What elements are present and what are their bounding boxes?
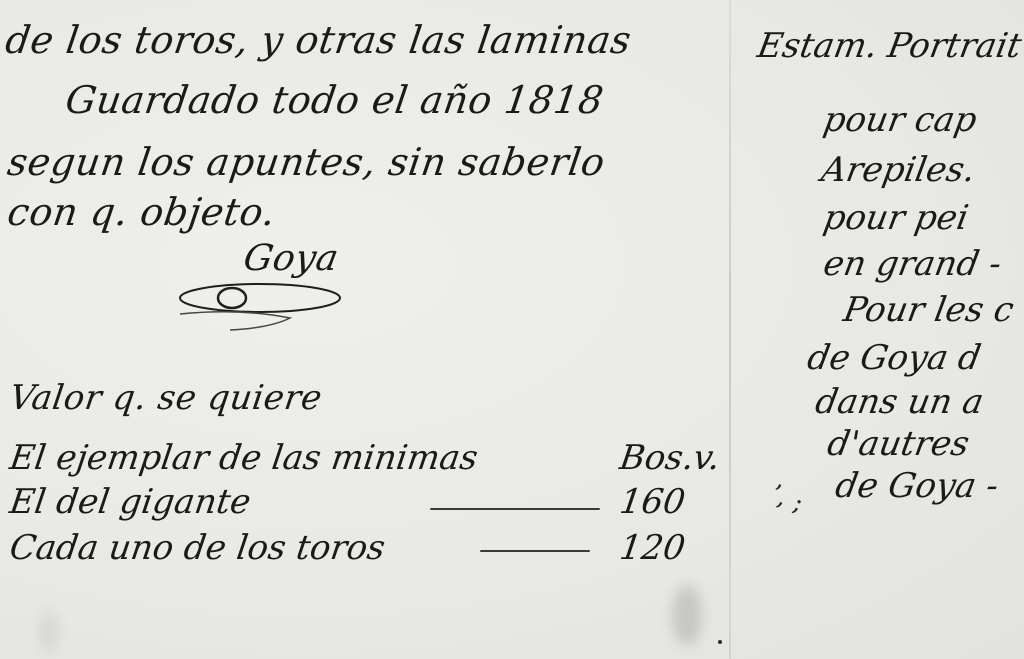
currency-label: Bos.v. [617, 438, 722, 478]
french-line: d'autres [824, 424, 972, 464]
french-line: de Goya d [804, 338, 983, 378]
right-page: Estam. Portrait pour cap Arepiles. pour … [732, 0, 1024, 659]
french-line: de Goya - [832, 466, 1001, 506]
price-item-value: 160 [617, 482, 688, 522]
french-line: Arepiles. [818, 150, 978, 190]
manuscript-line-3: segun los apuntes, sin saberlo [5, 140, 608, 184]
price-header-label: El ejemplar de las minimas [7, 438, 480, 478]
margin-marks: ʼ, ; [766, 479, 808, 519]
manuscript-line-2: Guardado todo el año 1818 [63, 78, 607, 122]
price-row: El del gigante 160 [10, 482, 730, 530]
valuation-heading: Valor q. se quiere [7, 378, 325, 418]
french-line: Estam. Portrait [754, 26, 1024, 66]
signature: Goya [240, 238, 341, 279]
french-line: pour cap [820, 100, 979, 140]
price-item-label: Cada uno de los toros [7, 528, 387, 568]
price-item-value: 120 [617, 528, 688, 568]
manuscript-line-1: de los toros, y otras las laminas [3, 18, 634, 62]
french-line: dans un a [812, 382, 986, 422]
french-line: pour pei [820, 198, 971, 238]
french-line: Pour les c [840, 290, 1016, 330]
price-row: Cada uno de los toros 120 [10, 528, 730, 576]
price-header-row: El ejemplar de las minimas Bos.v. [10, 438, 730, 486]
french-line: en grand - [820, 244, 1004, 284]
left-page: de los toros, y otras las laminas Guarda… [0, 0, 730, 659]
manuscript-sheet: de los toros, y otras las laminas Guarda… [0, 0, 1024, 659]
leader-dash [430, 508, 600, 510]
price-item-label: El del gigante [7, 482, 253, 522]
manuscript-line-4: con q. objeto. [5, 190, 278, 234]
leader-dash [480, 550, 590, 552]
signature-flourish-icon [160, 274, 350, 334]
